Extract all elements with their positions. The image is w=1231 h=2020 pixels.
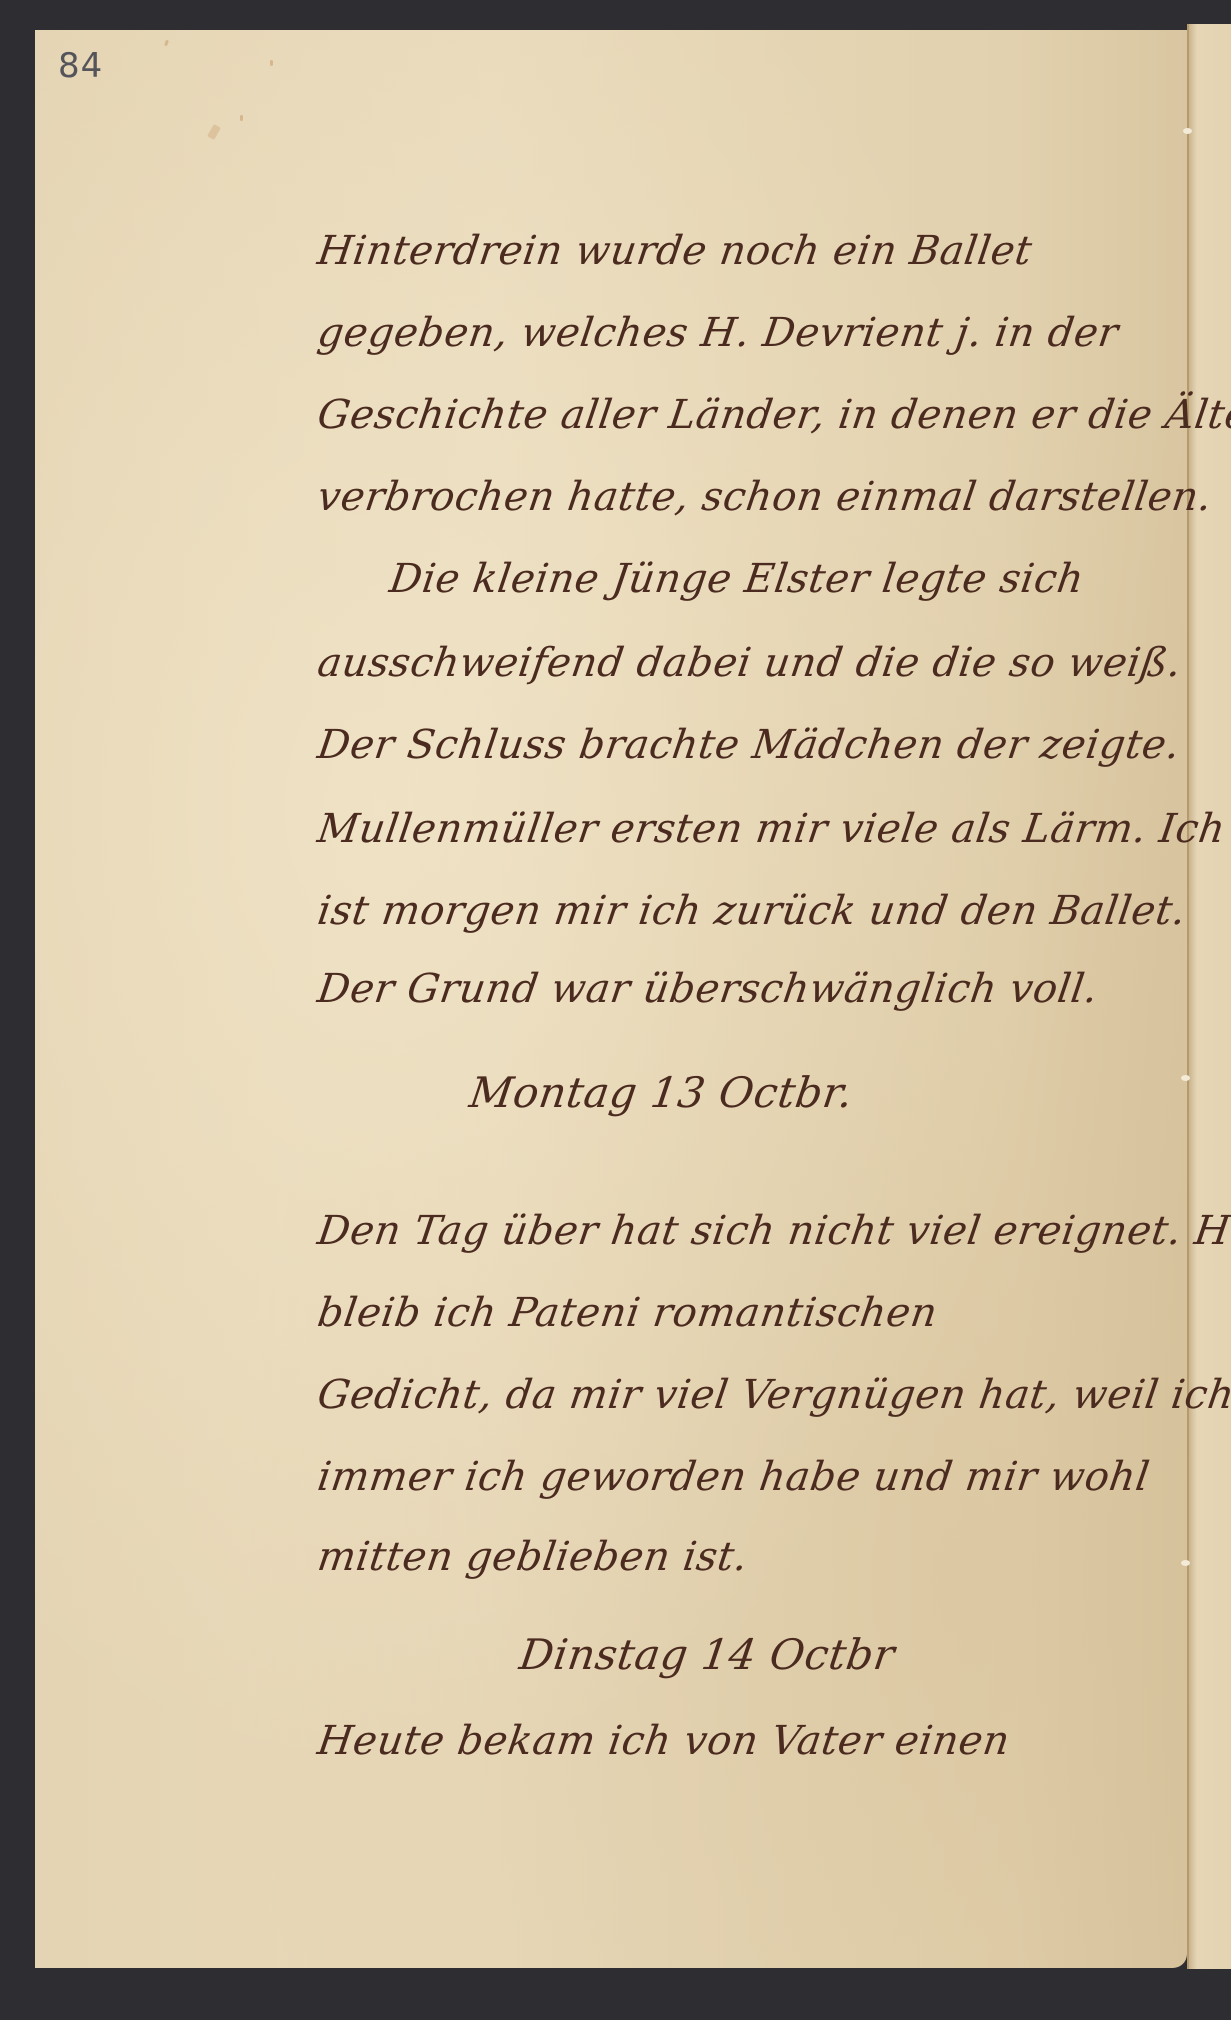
paper-speck <box>270 60 273 66</box>
manuscript-line: Hinterdrein wurde noch ein Ballet <box>315 228 1035 274</box>
page-number: 84 <box>58 46 103 86</box>
adjacent-page-edge <box>1187 24 1231 1969</box>
date-heading: Montag 13 Octbr. <box>467 1068 857 1117</box>
manuscript-line: Die kleine Jünge Elster legte sich <box>387 556 1087 602</box>
date-heading: Dinstag 14 Octbr <box>517 1630 898 1679</box>
manuscript-line: Heute bekam ich von Vater einen <box>315 1718 1013 1764</box>
manuscript-line: verbrochen hatte, schon einmal darstelle… <box>315 474 1215 520</box>
manuscript-line: Den Tag über hat sich nicht viel ereigne… <box>315 1208 1231 1254</box>
manuscript-line: ist morgen mir ich zurück und den Ballet… <box>315 888 1189 934</box>
manuscript-line: immer ich geworden habe und mir wohl <box>315 1454 1153 1500</box>
manuscript-line: Der Schluss brachte Mädchen der zeigte. <box>315 722 1183 768</box>
manuscript-line: gegeben, welches H. Devrient j. in der <box>315 310 1122 356</box>
binding-hole <box>1181 1075 1190 1081</box>
binding-hole <box>1183 128 1192 134</box>
manuscript-line: ausschweifend dabei und die die so weiß. <box>315 640 1185 686</box>
paper-speck <box>240 115 243 121</box>
manuscript-line: Der Grund war überschwänglich voll. <box>315 966 1101 1012</box>
manuscript-line: Gedicht, da mir viel Vergnügen hat, weil… <box>315 1372 1231 1418</box>
manuscript-line: mitten geblieben ist. <box>315 1534 751 1580</box>
manuscript-line: Geschichte aller Länder, in denen er die… <box>315 392 1231 438</box>
binding-hole <box>1181 1560 1190 1566</box>
manuscript-line: bleib ich Pateni romantischen <box>315 1290 941 1336</box>
manuscript-line: Mullenmüller ersten mir viele als Lärm. … <box>315 806 1229 852</box>
